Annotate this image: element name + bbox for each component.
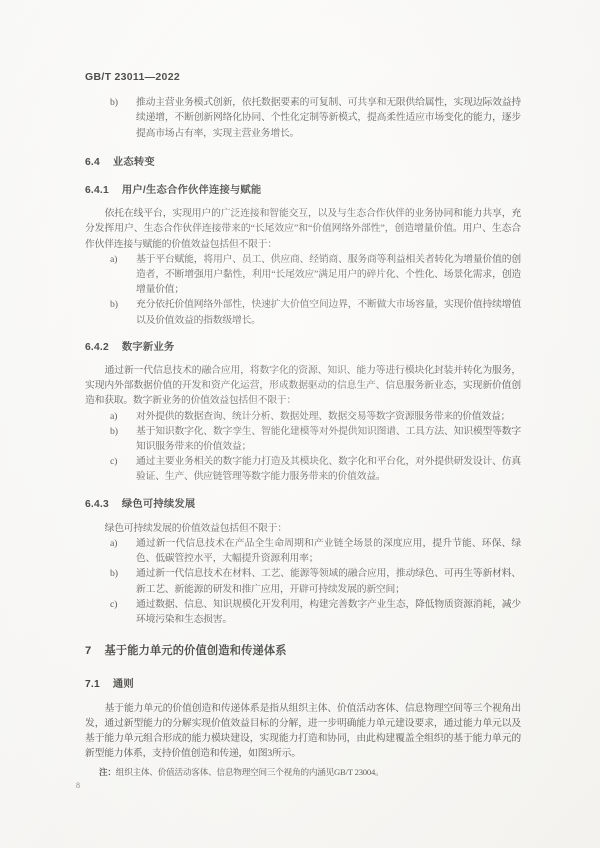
note: 注：组织主体、价值活动客体、信息物理空间三个视角的内涵见GB/T 23004。: [85, 766, 521, 778]
list-item-label: b): [110, 95, 136, 141]
list-item-label: c): [110, 597, 136, 627]
doc-code-header: GB/T 23011—2022: [85, 0, 521, 85]
section-number: 7: [85, 645, 91, 657]
note-label: 注：: [99, 767, 116, 777]
list-item-text: 通过主要业务相关的数字能力打造及其模块化、数字化和平台化，对外提供研发设计、仿真…: [136, 454, 521, 484]
paragraph-6-4-3: 绿色可持续发展的价值效益包括但不限于：: [85, 521, 521, 536]
section-title: 用户/生态合作伙伴连接与赋能: [122, 185, 262, 196]
list-6-4-1: a) 基于平台赋能，将用户、员工、供应商、经销商、服务商等利益相关者转化为增量价…: [85, 252, 521, 328]
list-item-label: c): [110, 454, 136, 484]
list-item-text: 基于平台赋能，将用户、员工、供应商、经销商、服务商等利益相关者转化为增量价值的创…: [136, 252, 521, 298]
page-content: GB/T 23011—2022 b) 推动主营业务模式创新，依托数据要素的可复制…: [85, 0, 521, 778]
list-item-label: a): [110, 252, 136, 298]
list-continued: b) 推动主营业务模式创新，依托数据要素的可复制、可共享和无限供给属性，实现边际…: [85, 95, 521, 141]
section-heading-7: 7基于能力单元的价值创造和传递体系: [85, 644, 521, 659]
section-number: 6.4.3: [85, 499, 109, 510]
section-heading-6-4-2: 6.4.2数字新业务: [85, 340, 521, 355]
list-item: a) 基于平台赋能，将用户、员工、供应商、经销商、服务商等利益相关者转化为增量价…: [110, 252, 521, 298]
section-heading-6-4: 6.4业态转变: [85, 155, 521, 170]
list-item-label: b): [110, 424, 136, 454]
list-item-text: 通过新一代信息技术在产品全生命周期和产业链全场景的深度应用，提升节能、环保、绿色…: [136, 536, 521, 566]
list-item: b) 推动主营业务模式创新，依托数据要素的可复制、可共享和无限供给属性，实现边际…: [110, 95, 521, 141]
list-item-text: 基于知识数字化、数字孪生、智能化建模等对外提供知识图谱、工具方法、知识模型等数字…: [136, 424, 521, 454]
section-title: 绿色可持续发展: [122, 499, 195, 510]
list-item: b) 充分依托价值网络外部性，快速扩大价值空间边界，不断做大市场容量，实现价值持…: [110, 297, 521, 327]
section-number: 6.4.2: [85, 342, 109, 353]
document-page: GB/T 23011—2022 b) 推动主营业务模式创新，依托数据要素的可复制…: [0, 0, 600, 848]
section-number: 6.4.1: [85, 185, 109, 196]
list-item: c) 通过数据、信息、知识规模化开发利用，构建完善数字产业生态，降低物质资源消耗…: [110, 597, 521, 627]
list-item: a) 对外提供的数据查询、统计分析、数据处理、数据交易等数字资源服务带来的价值效…: [110, 409, 521, 424]
list-item-label: a): [110, 409, 136, 424]
list-item-label: b): [110, 566, 136, 596]
section-number: 7.1: [85, 679, 100, 690]
list-item-text: 推动主营业务模式创新，依托数据要素的可复制、可共享和无限供给属性，实现边际效益持…: [136, 95, 521, 141]
paragraph-6-4-1: 依托在线平台，实现用户的广泛连接和智能交互，以及与生态合作伙伴的业务协同和能力共…: [85, 206, 521, 252]
list-item: b) 通过新一代信息技术在材料、工艺、能源等领域的融合应用，推动绿色、可再生等新…: [110, 566, 521, 596]
list-6-4-2: a) 对外提供的数据查询、统计分析、数据处理、数据交易等数字资源服务带来的价值效…: [85, 409, 521, 485]
paragraph-6-4-2: 通过新一代信息技术的融合应用，将数字化的资源、知识、能力等进行模块化封装并转化为…: [85, 363, 521, 409]
note-text: 组织主体、价值活动客体、信息物理空间三个视角的内涵见GB/T 23004。: [116, 767, 384, 777]
page-number: 8: [76, 781, 80, 790]
list-item-label: a): [110, 536, 136, 566]
section-title: 数字新业务: [122, 342, 174, 353]
section-heading-6-4-1: 6.4.1用户/生态合作伙伴连接与赋能: [85, 183, 521, 198]
section-title: 基于能力单元的价值创造和传递体系: [104, 645, 286, 657]
list-item: c) 通过主要业务相关的数字能力打造及其模块化、数字化和平台化，对外提供研发设计…: [110, 454, 521, 484]
list-item-text: 通过数据、信息、知识规模化开发利用，构建完善数字产业生态，降低物质资源消耗，减少…: [136, 597, 521, 627]
section-heading-7-1: 7.1通则: [85, 677, 521, 692]
section-number: 6.4: [85, 157, 100, 168]
list-item-text: 对外提供的数据查询、统计分析、数据处理、数据交易等数字资源服务带来的价值效益；: [136, 409, 521, 424]
list-item: b) 基于知识数字化、数字孪生、智能化建模等对外提供知识图谱、工具方法、知识模型…: [110, 424, 521, 454]
section-title: 通则: [113, 679, 134, 690]
list-item: a) 通过新一代信息技术在产品全生命周期和产业链全场景的深度应用，提升节能、环保…: [110, 536, 521, 566]
list-6-4-3: a) 通过新一代信息技术在产品全生命周期和产业链全场景的深度应用，提升节能、环保…: [85, 536, 521, 627]
section-heading-6-4-3: 6.4.3绿色可持续发展: [85, 497, 521, 512]
section-title: 业态转变: [113, 157, 155, 168]
list-item-text: 通过新一代信息技术在材料、工艺、能源等领域的融合应用，推动绿色、可再生等新材料、…: [136, 566, 521, 596]
list-item-text: 充分依托价值网络外部性，快速扩大价值空间边界，不断做大市场容量，实现价值持续增值…: [136, 297, 521, 327]
list-item-label: b): [110, 297, 136, 327]
paragraph-7-1: 基于能力单元的价值创造和传递体系是指从组织主体、价值活动客体、信息物理空间等三个…: [85, 701, 521, 762]
